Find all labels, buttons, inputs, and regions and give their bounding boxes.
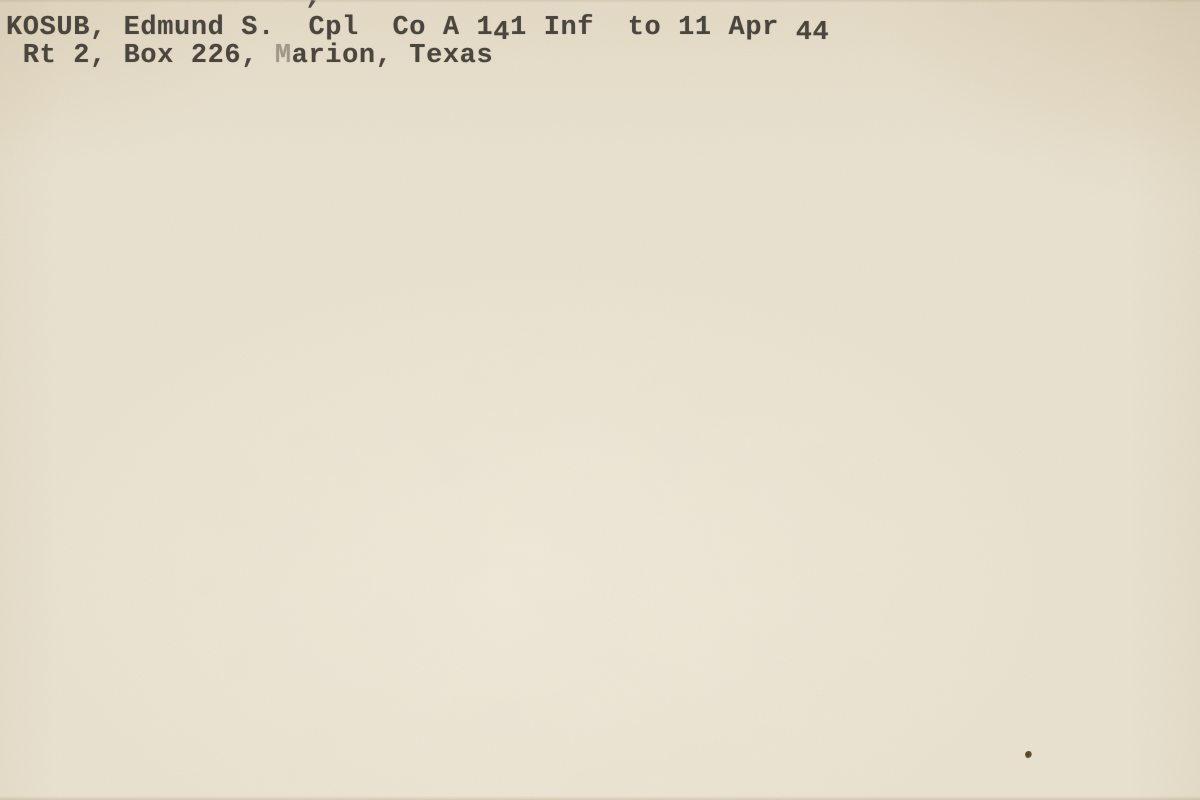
typewritten-text-block: ’ KOSUB, Edmund S. Cpl Co A 141 Inf to 1… [6,14,829,70]
line1-unit-date: 1 Inf to 11 Apr [510,13,796,43]
line2-address-start: Rt 2, Box 226, [6,41,275,71]
line1-lowered-digit: 4 [493,19,510,47]
ink-speck [1024,750,1033,759]
typewritten-line-1: KOSUB, Edmund S. Cpl Co A 141 Inf to 11 … [6,14,829,42]
typewritten-line-2: Rt 2, Box 226, Marion, Texas [6,42,829,70]
paper-grain-texture [0,0,1200,800]
line1-name-rank-unit: KOSUB, Edmund S. Cpl Co A 1 [6,13,493,43]
line2-address-end: arion, Texas [292,41,494,71]
index-card: ’ KOSUB, Edmund S. Cpl Co A 141 Inf to 1… [0,0,1200,800]
line1-lowered-year: 44 [796,19,830,47]
line2-faint-letter: M [275,41,292,71]
